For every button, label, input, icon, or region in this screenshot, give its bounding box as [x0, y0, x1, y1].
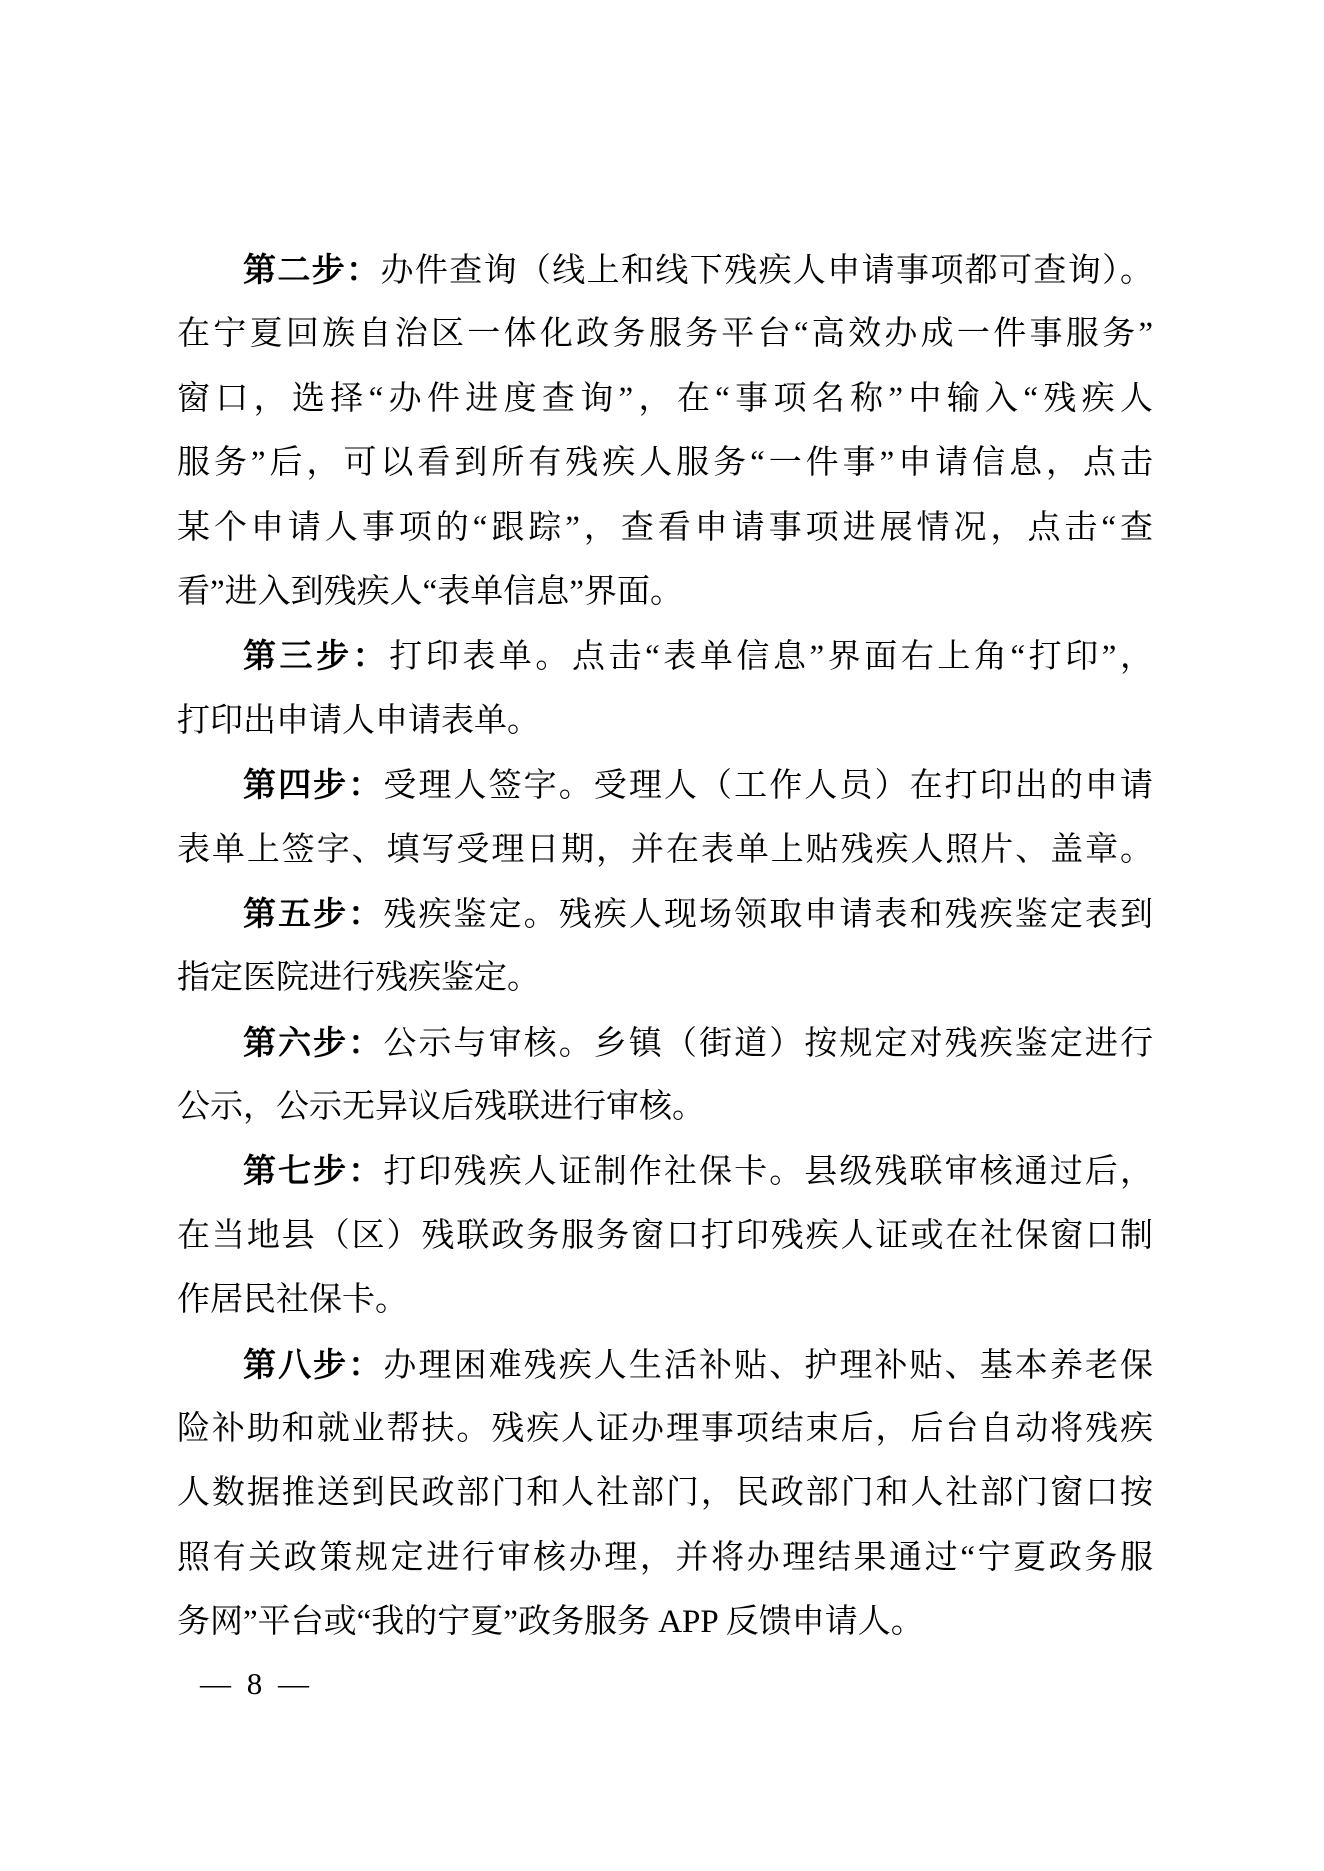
text-line: 作居民社保卡。 — [177, 1268, 1153, 1332]
text-line: 第六步：公示与审核。乡镇（街道）按规定对残疾鉴定进行 — [177, 1011, 1153, 1075]
text-body: 第二步：办件查询（线上和线下残疾人申请事项都可查询）。在宁夏回族自治区一体化政务… — [177, 238, 1153, 1655]
page-number: — 8 — — [200, 1666, 313, 1702]
text-line: 服务”后，可以看到所有残疾人服务“一件事”申请信息，点击 — [177, 431, 1153, 495]
text-line: 指定医院进行残疾鉴定。 — [177, 946, 1153, 1010]
text-line: 人数据推送到民政部门和人社部门，民政部门和人社部门窗口按 — [177, 1461, 1153, 1525]
text-line: 看”进入到残疾人“表单信息”界面。 — [177, 560, 1153, 624]
step-label: 第六步： — [243, 1024, 383, 1061]
text-line: 第四步：受理人签字。受理人（工作人员）在打印出的申请 — [177, 753, 1153, 817]
text-line: 窗口，选择“办件进度查询”，在“事项名称”中输入“残疾人 — [177, 367, 1153, 431]
text-line: 第七步：打印残疾人证制作社保卡。县级残联审核通过后， — [177, 1139, 1153, 1203]
text-line: 第三步：打印表单。点击“表单信息”界面右上角“打印”， — [177, 624, 1153, 688]
step-label: 第八步： — [243, 1346, 383, 1383]
step-label: 第三步： — [243, 637, 389, 674]
text-line: 第八步：办理困难残疾人生活补贴、护理补贴、基本养老保 — [177, 1333, 1153, 1397]
step-label: 第七步： — [243, 1152, 383, 1189]
text-line: 某个申请人事项的“跟踪”，查看申请事项进展情况，点击“查 — [177, 496, 1153, 560]
step-label: 第五步： — [243, 895, 383, 932]
text-line: 表单上签字、填写受理日期，并在表单上贴残疾人照片、盖章。 — [177, 818, 1153, 882]
step-label: 第四步： — [243, 766, 383, 803]
text-line: 险补助和就业帮扶。残疾人证办理事项结束后，后台自动将残疾 — [177, 1397, 1153, 1461]
document-page: 第二步：办件查询（线上和线下残疾人申请事项都可查询）。在宁夏回族自治区一体化政务… — [0, 0, 1324, 1871]
text-line: 照有关政策规定进行审核办理，并将办理结果通过“宁夏政务服 — [177, 1526, 1153, 1590]
text-line: 公示，公示无异议后残联进行审核。 — [177, 1075, 1153, 1139]
text-line: 打印出申请人申请表单。 — [177, 689, 1153, 753]
text-line: 第二步：办件查询（线上和线下残疾人申请事项都可查询）。 — [177, 238, 1153, 302]
step-label: 第二步： — [243, 251, 380, 288]
text-line: 在宁夏回族自治区一体化政务服务平台“高效办成一件事服务” — [177, 302, 1153, 366]
text-line: 第五步：残疾鉴定。残疾人现场领取申请表和残疾鉴定表到 — [177, 882, 1153, 946]
text-line: 在当地县（区）残联政务服务窗口打印残疾人证或在社保窗口制 — [177, 1204, 1153, 1268]
text-line: 务网”平台或“我的宁夏”政务服务 APP 反馈申请人。 — [177, 1590, 1153, 1654]
